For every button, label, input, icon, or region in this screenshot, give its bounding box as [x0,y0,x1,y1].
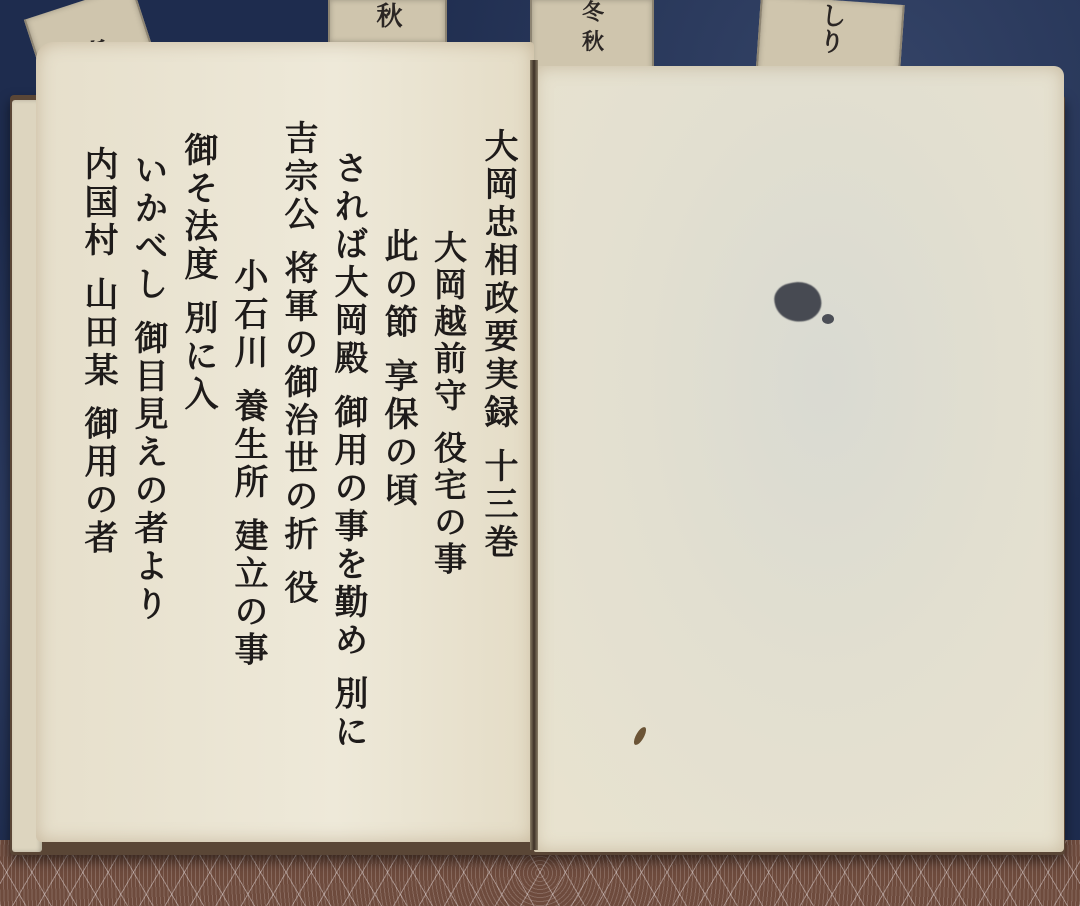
text-column: 吉宗公 将軍の御治世の折 役 [276,110,320,830]
text-column: されば大岡殿 御用の事を勤め 別に [326,110,370,830]
title-slip-2: 秋 [328,0,447,42]
text-column: 小石川 養生所 建立の事 [226,110,270,830]
text-column: 内国村 山田某 御用の者 [76,110,120,830]
section-heading: 大岡越前守 役宅の事 [426,110,470,830]
slip-text: しり [811,1,852,55]
left-page-text: 大岡忠相政要実録 十三巻 大岡越前守 役宅の事 此の節 享保の頃 されば大岡殿 … [50,110,520,830]
book-gutter [530,60,538,850]
text-column: 此の節 享保の頃 [376,110,420,830]
text-column: いかべし 御目見えの者より [126,110,170,830]
slip-text: 秋 [369,2,406,28]
right-page [534,66,1064,852]
slip-text: 冬 秋 [577,0,608,52]
ink-speck [822,314,834,324]
chapter-title: 大岡忠相政要実録 十三巻 [476,110,520,830]
text-column: 御そ法度 別に入 [176,110,220,830]
title-slip-3: 冬 秋 [530,0,654,75]
